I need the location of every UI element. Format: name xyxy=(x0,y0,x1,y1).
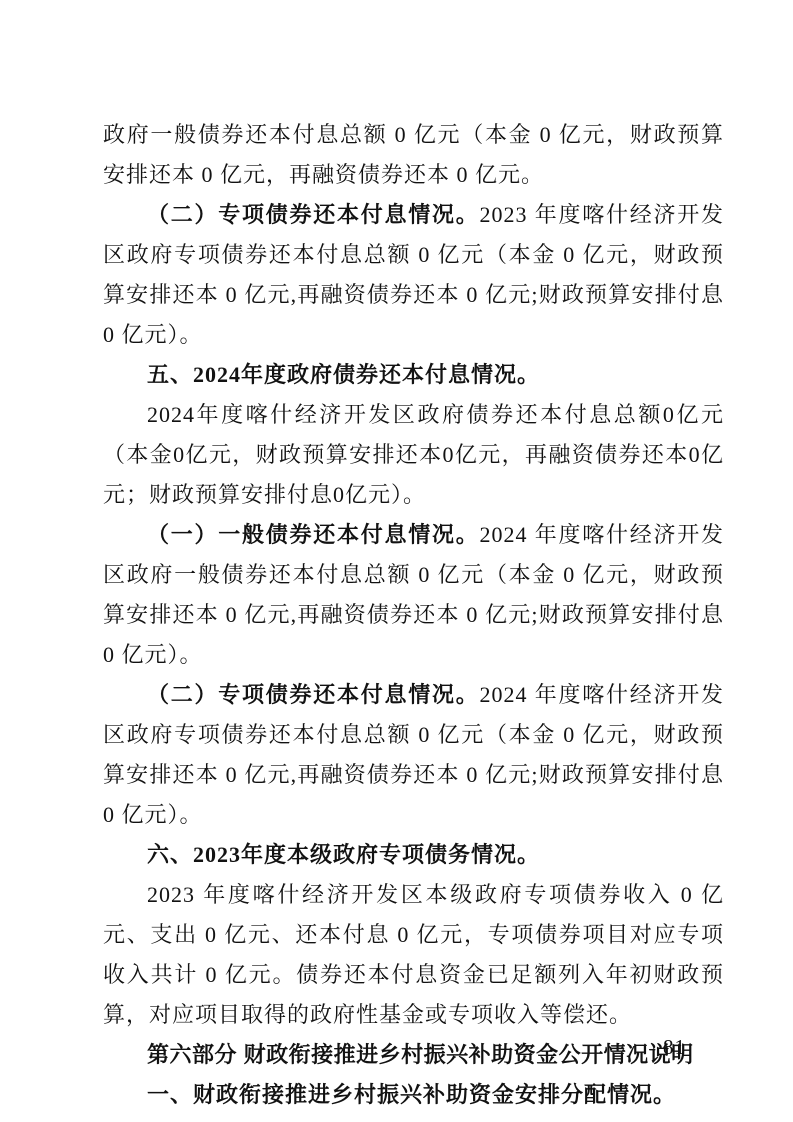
part-6-section-title: 第六部分 财政衔接推进乡村振兴补助资金公开情况说明 xyxy=(103,1035,724,1075)
subsection-general-bonds-2024: （一）一般债券还本付息情况。2024 年度喀什经济开发区政府一般债券还本付息总额… xyxy=(103,515,724,675)
document-page: 政府一般债券还本付息总额 0 亿元（本金 0 亿元，财政预算安排还本 0 亿元，… xyxy=(0,0,793,1122)
para-2024-bond-summary: 2024年度喀什经济开发区政府债券还本付息总额0亿元（本金0亿元，财政预算安排还… xyxy=(103,395,724,515)
section-title-run: 第六部分 财政衔接推进乡村振兴补助资金公开情况说明 xyxy=(147,1042,694,1067)
heading-6-2023-special-debt: 六、2023年度本级政府专项债务情况。 xyxy=(103,835,724,875)
body-run: 2024年度喀什经济开发区政府债券还本付息总额0亿元（本金0亿元，财政预算安排还… xyxy=(103,402,724,507)
heading-run: 一、财政衔接推进乡村振兴补助资金安排分配情况。 xyxy=(147,1082,676,1107)
heading-run: 五、2024年度政府债券还本付息情况。 xyxy=(147,362,540,387)
heading-5-2024-bond-repayment: 五、2024年度政府债券还本付息情况。 xyxy=(103,355,724,395)
heading-1-rural-revitalization-funds: 一、财政衔接推进乡村振兴补助资金安排分配情况。 xyxy=(103,1075,724,1115)
page-number: 81 xyxy=(663,1032,686,1062)
para-2023-special-debt-detail: 2023 年度喀什经济开发区本级政府专项债券收入 0 亿元、支出 0 亿元、还本… xyxy=(103,875,724,1035)
subsection-special-bonds-2023: （二）专项债券还本付息情况。2023 年度喀什经济开发区政府专项债券还本付息总额… xyxy=(103,195,724,355)
subsection-lead: （二）专项债券还本付息情况。 xyxy=(147,682,479,707)
document-text-block: 政府一般债券还本付息总额 0 亿元（本金 0 亿元，财政预算安排还本 0 亿元，… xyxy=(103,115,724,1115)
subsection-special-bonds-2024: （二）专项债券还本付息情况。2024 年度喀什经济开发区政府专项债券还本付息总额… xyxy=(103,675,724,835)
para-general-bond-repayment-continuation: 政府一般债券还本付息总额 0 亿元（本金 0 亿元，财政预算安排还本 0 亿元，… xyxy=(103,115,724,195)
subsection-lead: （一）一般债券还本付息情况。 xyxy=(147,522,479,547)
body-run: 政府一般债券还本付息总额 0 亿元（本金 0 亿元，财政预算安排还本 0 亿元，… xyxy=(103,122,724,187)
heading-run: 六、2023年度本级政府专项债务情况。 xyxy=(147,842,540,867)
subsection-lead: （二）专项债券还本付息情况。 xyxy=(147,202,479,227)
body-run: 2023 年度喀什经济开发区本级政府专项债券收入 0 亿元、支出 0 亿元、还本… xyxy=(103,882,724,1027)
